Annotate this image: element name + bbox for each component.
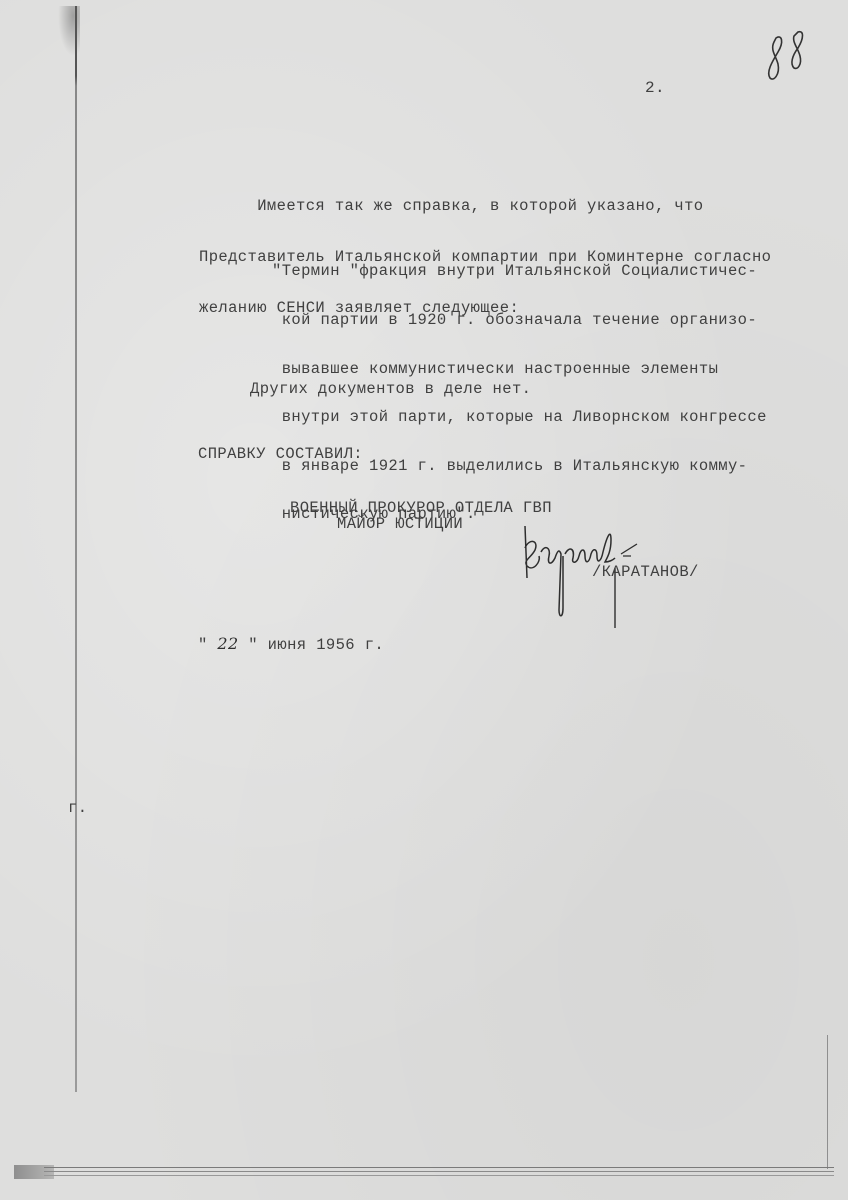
page-right-edge bbox=[827, 1035, 828, 1169]
document-page: 88 2. Имеется так же справка, в которой … bbox=[0, 0, 848, 1200]
text-line: кой партии в 1920 г. обозначала течение … bbox=[272, 312, 767, 328]
stray-typed-mark: г. bbox=[68, 800, 87, 816]
signatory-name: /КАРАТАНОВ/ bbox=[592, 564, 699, 580]
date-rest: " июня 1956 г. bbox=[239, 636, 385, 654]
binding-margin-line bbox=[75, 6, 77, 1092]
date-day-handwritten: 22 bbox=[217, 634, 238, 653]
page-number: 2. bbox=[645, 80, 665, 96]
text-line: Имеется так же справка, в которой указан… bbox=[199, 198, 771, 215]
text-line: вывавшее коммунистически настроенные эле… bbox=[272, 361, 767, 377]
text-line: "Термин "фракция внутри Итальянской Соци… bbox=[272, 263, 767, 279]
text-line: внутри этой парти, которые на Ливорнском… bbox=[272, 409, 767, 425]
no-other-documents-note: Других документов в деле нет. bbox=[250, 381, 531, 397]
compiled-by-label: СПРАВКУ СОСТАВИЛ: bbox=[198, 446, 363, 462]
signatory-position: ВОЕННЫЙ ПРОКУРОР ОТДЕЛА ГВП bbox=[290, 500, 552, 516]
signatory-rank: МАЙОР ЮСТИЦИИ bbox=[337, 516, 463, 532]
handwritten-folio-number: 88 bbox=[762, 28, 812, 84]
date-open-quote: " bbox=[198, 636, 217, 654]
page-bottom-edge bbox=[14, 1165, 834, 1179]
document-date: " 22 " июня 1956 г. bbox=[198, 636, 384, 653]
